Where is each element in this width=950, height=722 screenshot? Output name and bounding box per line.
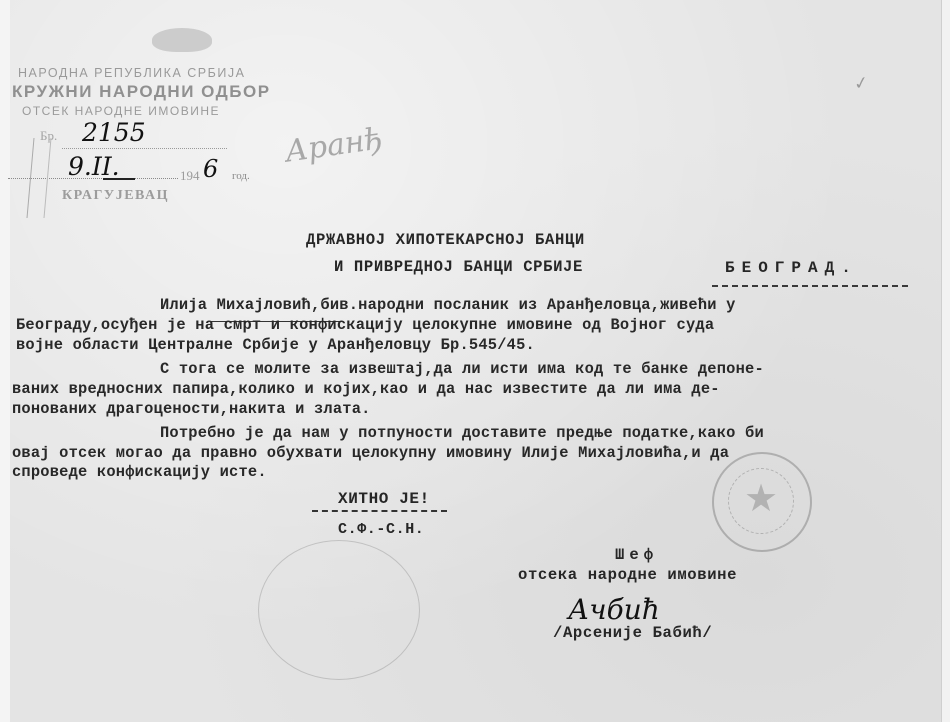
city-underline xyxy=(712,285,908,287)
signatory-name: /Арсеније Бабић/ xyxy=(553,624,712,642)
scanned-letter: НАРОДНА РЕПУБЛИКА СРБИЈА КРУЖНИ НАРОДНИ … xyxy=(0,0,950,722)
body-line: Илија Михајловић,бив.народни посланик из… xyxy=(160,296,736,314)
pencil-annotation: Аранђ xyxy=(283,121,385,169)
year-prefix: 194 xyxy=(180,168,200,184)
letterhead-city: КРАГУЈЕВАЦ xyxy=(62,188,169,204)
coat-of-arms-icon xyxy=(152,28,212,52)
body-line: војне области Централне Србије у Аранђел… xyxy=(16,336,535,354)
typist-initials: С.Ф.-С.Н. xyxy=(338,521,424,538)
star-icon: ★ xyxy=(744,476,778,520)
department-title: отсека народне имовине xyxy=(518,566,737,584)
body-line: Београду,осуђен је на смрт и конфискациј… xyxy=(16,316,714,334)
body-line: ваних вредносних папира,колико и којих,к… xyxy=(12,380,720,398)
scan-edge-left xyxy=(0,0,10,722)
letterhead-department: ОТСЕК НАРОДНЕ ИМОВИНЕ xyxy=(22,104,220,118)
body-line: овај отсек могао да правно обухвати цело… xyxy=(12,444,729,462)
addressee-city: БЕОГРАД. xyxy=(725,259,858,277)
number-dotted-line xyxy=(62,148,227,149)
date-underline xyxy=(103,178,135,180)
addressee-line-1: ДРЖАВНОЈ ХИПОТЕКАРСНОЈ БАНЦИ xyxy=(306,231,585,249)
body-line: С тога се молите за извештај,да ли исти … xyxy=(160,360,764,378)
handwritten-number: 2155 xyxy=(82,118,146,147)
check-mark-icon: ✓ xyxy=(853,69,869,97)
official-star-stamp: ★ xyxy=(712,452,812,552)
urgent-underline xyxy=(312,510,447,512)
scan-edge-right xyxy=(941,0,950,722)
letterhead-committee: КРУЖНИ НАРОДНИ ОДБОР xyxy=(12,82,271,102)
urgent-notice: ХИТНО ЈЕ! xyxy=(338,490,430,508)
body-line: понованих драгоцености,накита и злата. xyxy=(12,400,371,418)
addressee-line-2: И ПРИВРЕДНОЈ БАНЦИ СРБИЈЕ xyxy=(334,258,583,276)
body-line: спроведе конфискацију исте. xyxy=(12,463,267,481)
year-suffix: год. xyxy=(232,170,250,182)
paperclip-mark xyxy=(27,138,52,218)
faint-round-stamp xyxy=(258,540,420,680)
handwritten-date: 9.II. xyxy=(68,152,120,181)
body-line: Потребно је да нам у потпуности доставит… xyxy=(160,424,764,442)
letterhead-republic: НАРОДНА РЕПУБЛИКА СРБИЈА xyxy=(18,66,245,80)
chief-title: Шеф xyxy=(615,546,658,564)
handwritten-signature: Ачбиħ xyxy=(568,593,660,626)
handwritten-year-digit: 6 xyxy=(203,155,218,183)
